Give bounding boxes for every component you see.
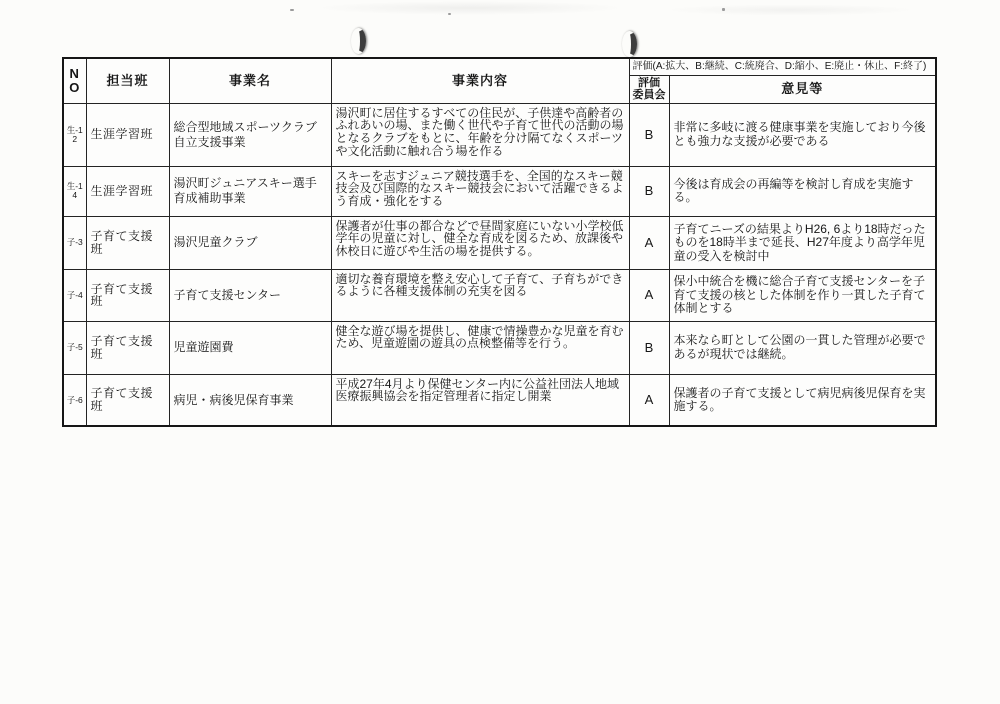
row-id: 子-6 bbox=[63, 374, 86, 426]
project-description-cell: スキーを志すジュニア競技選手を、全国的なスキー競技会及び国際的なスキー競技会にお… bbox=[331, 166, 629, 216]
opinion-cell: 今後は育成会の再編等を検討し育成を実施する。 bbox=[669, 166, 936, 216]
project-name-cell: 子育て支援センター bbox=[169, 269, 331, 321]
committee-rating-cell: B bbox=[629, 166, 669, 216]
rating-legend: 評価(A:拡大、B:継続、C:統廃合、D:縮小、E:廃止・休止、F:終了) bbox=[629, 58, 936, 75]
project-description-cell: 平成27年4月より保健センター内に公益社団法人地域医療振興協会を指定管理者に指定… bbox=[331, 374, 629, 426]
col-header-opinion: 意見等 bbox=[669, 75, 936, 103]
scanned-document-page: NO 担当班 事業名 事業内容 評価(A:拡大、B:継続、C:統廃合、D:縮小、… bbox=[0, 0, 1000, 704]
opinion-cell: 子育てニーズの結果よりH26, 6より18時だったものを18時半まで延長、H27… bbox=[669, 216, 936, 269]
punch-hole-shadow-right-icon bbox=[622, 31, 637, 57]
table-row: 子-3 子育て支援班 湯沢児童クラブ 保護者が仕事の都合などで昼間家庭にいない小… bbox=[63, 216, 936, 269]
table-row: 子-4 子育て支援班 子育て支援センター 適切な養育環境を整え安心して子育て、子… bbox=[63, 269, 936, 321]
col-header-description: 事業内容 bbox=[331, 58, 629, 103]
opinion-cell: 保小中統合を機に総合子育て支援センターを子育て支援の核とした体制を作り一貫した子… bbox=[669, 269, 936, 321]
project-description-cell: 適切な養育環境を整え安心して子育て、子育ちができるように各種支援体制の充実を図る bbox=[331, 269, 629, 321]
committee-rating-cell: A bbox=[629, 216, 669, 269]
table-row: 生-12 生涯学習班 総合型地域スポーツクラブ自立支援事業 湯沢町に居住するすべ… bbox=[63, 103, 936, 166]
team-cell: 生涯学習班 bbox=[86, 166, 169, 216]
team-cell: 生涯学習班 bbox=[86, 103, 169, 166]
committee-rating-cell: B bbox=[629, 321, 669, 374]
project-name-cell: 児童遊園費 bbox=[169, 321, 331, 374]
row-id: 子-5 bbox=[63, 321, 86, 374]
scan-speck bbox=[290, 9, 294, 11]
opinion-cell: 本来なら町として公園の一貫した管理が必要であるが現状では継続。 bbox=[669, 321, 936, 374]
col-header-committee: 評価 委員会 bbox=[629, 75, 669, 103]
table-row: 子-5 子育て支援班 児童遊園費 健全な遊び場を提供し、健康で情操豊かな児童を育… bbox=[63, 321, 936, 374]
legend-row: NO 担当班 事業名 事業内容 評価(A:拡大、B:継続、C:統廃合、D:縮小、… bbox=[63, 58, 936, 75]
scan-speck bbox=[722, 8, 725, 11]
scan-speck bbox=[448, 13, 451, 15]
committee-rating-cell: B bbox=[629, 103, 669, 166]
committee-rating-cell: A bbox=[629, 374, 669, 426]
project-name-cell: 湯沢町ジュニアスキー選手育成補助事業 bbox=[169, 166, 331, 216]
team-cell: 子育て支援班 bbox=[86, 216, 169, 269]
col-header-team: 担当班 bbox=[86, 58, 169, 103]
team-cell: 子育て支援班 bbox=[86, 321, 169, 374]
table-row: 生-14 生涯学習班 湯沢町ジュニアスキー選手育成補助事業 スキーを志すジュニア… bbox=[63, 166, 936, 216]
project-name-cell: 病児・病後児保育事業 bbox=[169, 374, 331, 426]
project-evaluation-table: NO 担当班 事業名 事業内容 評価(A:拡大、B:継続、C:統廃合、D:縮小、… bbox=[62, 57, 937, 427]
project-description-cell: 保護者が仕事の都合などで昼間家庭にいない小学校低学年の児童に対し、健全な育成を図… bbox=[331, 216, 629, 269]
opinion-cell: 非常に多岐に渡る健康事業を実施しており今後とも強力な支援が必要である bbox=[669, 103, 936, 166]
project-name-cell: 総合型地域スポーツクラブ自立支援事業 bbox=[169, 103, 331, 166]
team-cell: 子育て支援班 bbox=[86, 269, 169, 321]
project-name-cell: 湯沢児童クラブ bbox=[169, 216, 331, 269]
table-row: 子-6 子育て支援班 病児・病後児保育事業 平成27年4月より保健センター内に公… bbox=[63, 374, 936, 426]
opinion-cell: 保護者の子育て支援として病児病後児保育を実施する。 bbox=[669, 374, 936, 426]
committee-rating-cell: A bbox=[629, 269, 669, 321]
team-cell: 子育て支援班 bbox=[86, 374, 169, 426]
punch-hole-shadow-left-icon bbox=[351, 28, 366, 54]
col-header-project: 事業名 bbox=[169, 58, 331, 103]
row-id: 子-4 bbox=[63, 269, 86, 321]
row-id: 生-12 bbox=[63, 103, 86, 166]
col-header-no: NO bbox=[63, 58, 86, 103]
row-id: 子-3 bbox=[63, 216, 86, 269]
project-description-cell: 湯沢町に居住するすべての住民が、子供達や高齢者のふれあいの場、また働く世代や子育… bbox=[331, 103, 629, 166]
row-id: 生-14 bbox=[63, 166, 86, 216]
project-description-cell: 健全な遊び場を提供し、健康で情操豊かな児童を育むため、児童遊園の遊具の点検整備等… bbox=[331, 321, 629, 374]
